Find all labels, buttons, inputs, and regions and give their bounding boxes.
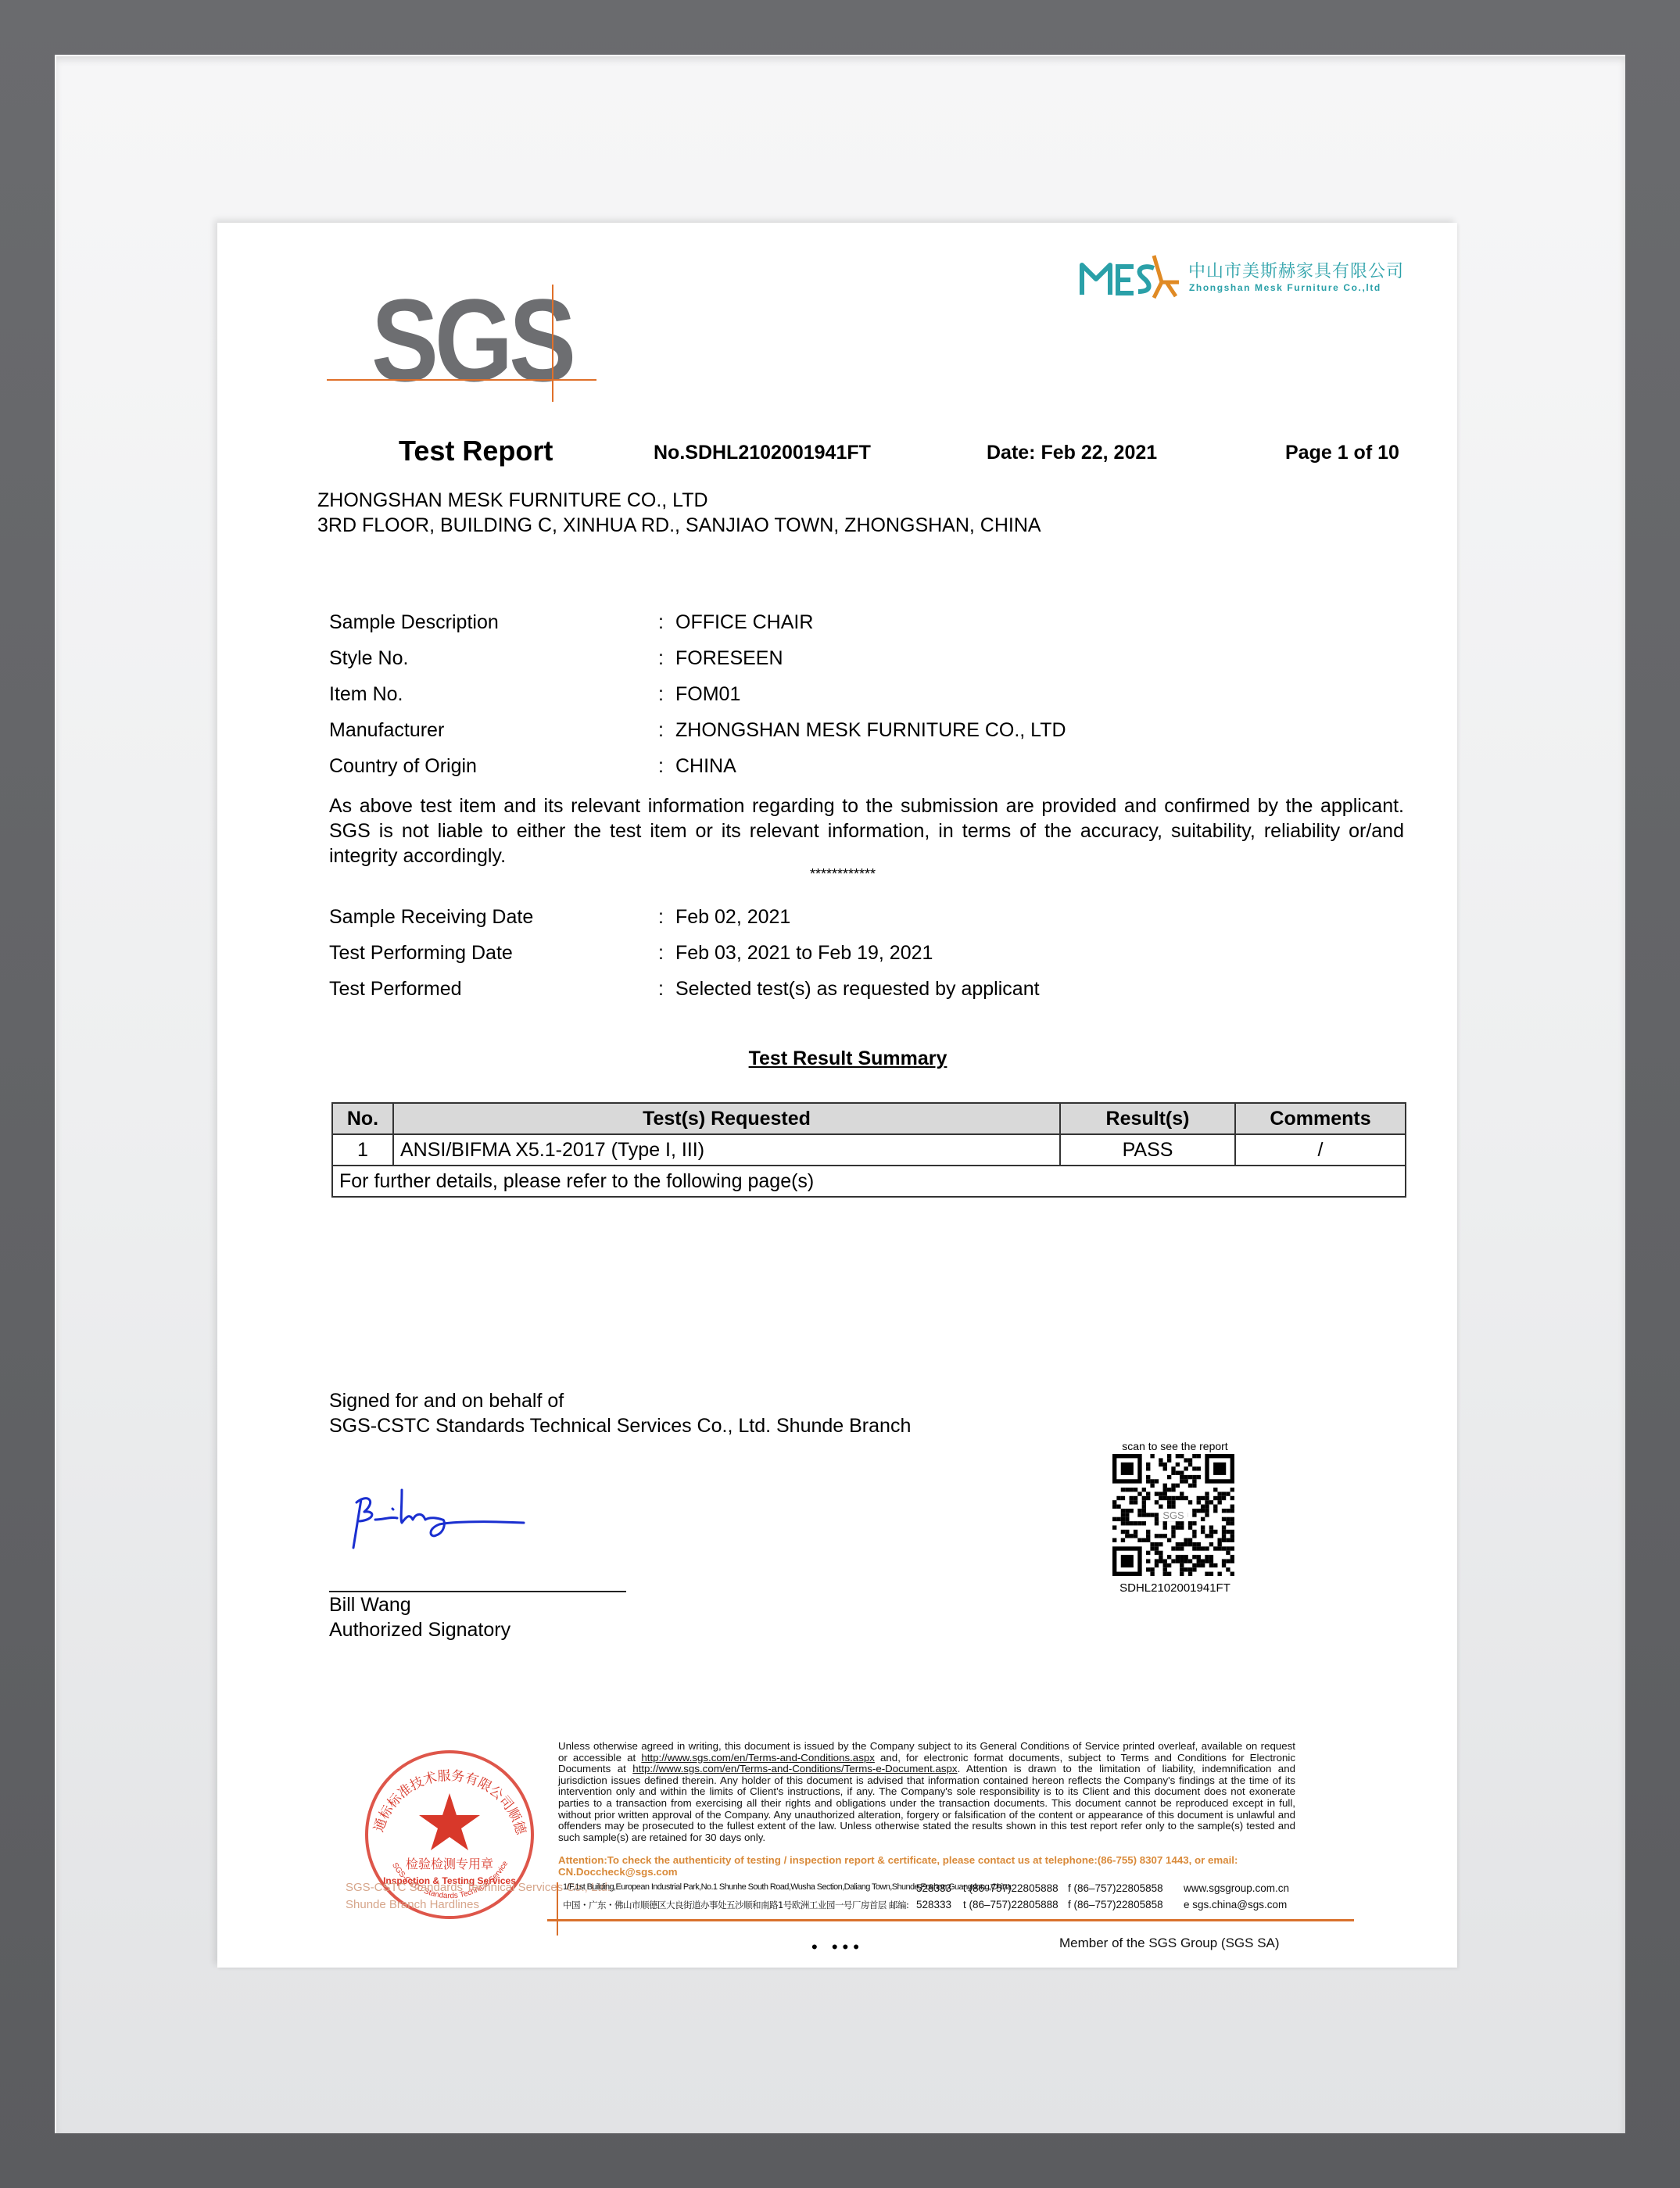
field-label: Test Performing Date bbox=[329, 942, 513, 965]
footer-fax: f (86–757)22805858 bbox=[1068, 1882, 1163, 1894]
signing-company: SGS-CSTC Standards Technical Services Co… bbox=[329, 1415, 911, 1438]
qr-code-icon[interactable]: SGS bbox=[1112, 1454, 1234, 1576]
footer-accent-vertical-line bbox=[557, 1882, 558, 1936]
svg-text:SGS: SGS bbox=[1162, 1509, 1184, 1521]
footer-accent-line bbox=[547, 1919, 1354, 1921]
field-value: Selected test(s) as requested by applica… bbox=[675, 978, 1040, 1001]
mesk-logo: 中山市美斯赫家具有限公司 Zhongshan Mesk Furniture Co… bbox=[1079, 254, 1407, 301]
report-date: Date: Feb 22, 2021 bbox=[987, 442, 1157, 464]
authenticity-notice: Attention:To check the authenticity of t… bbox=[558, 1855, 1295, 1878]
footer-address-cn: 中国・广东・佛山市顺德区大良街道办事处五沙顺和南路1号欧洲工业园一号厂房首层 邮… bbox=[563, 1899, 908, 1911]
field-label: Manufacturer bbox=[329, 719, 444, 742]
terms-link[interactable]: http://www.sgs.com/en/Terms-and-Conditio… bbox=[641, 1752, 875, 1764]
sgs-logo-horizontal-line bbox=[327, 379, 596, 381]
column-header-no: No. bbox=[332, 1103, 393, 1134]
signatory-name: Bill Wang bbox=[329, 1594, 411, 1617]
field-value: FOM01 bbox=[675, 683, 740, 706]
report-title: Test Report bbox=[399, 435, 553, 467]
field-colon: : bbox=[658, 755, 664, 778]
footer-row-cn: 中国・广东・佛山市顺德区大良街道办事处五沙顺和南路1号欧洲工业园一号厂房首层 邮… bbox=[563, 1899, 1302, 1915]
field-label: Test Performed bbox=[329, 978, 462, 1001]
separator-stars: ************ bbox=[810, 866, 876, 883]
field-colon: : bbox=[658, 647, 664, 670]
cell-comments: / bbox=[1235, 1134, 1406, 1166]
cell-result: PASS bbox=[1060, 1134, 1235, 1166]
sgs-logo-vertical-line bbox=[552, 285, 553, 402]
applicant-name: ZHONGSHAN MESK FURNITURE CO., LTD bbox=[317, 489, 708, 512]
column-header-test: Test(s) Requested bbox=[393, 1103, 1060, 1134]
sgs-logo-text: SGS bbox=[371, 281, 572, 399]
mesk-company-name-en: Zhongshan Mesk Furniture Co.,ltd bbox=[1189, 282, 1381, 293]
qr-caption: scan to see the report bbox=[1112, 1440, 1238, 1452]
cell-no: 1 bbox=[332, 1134, 393, 1166]
footer-email[interactable]: e sgs.china@sgs.com bbox=[1184, 1899, 1287, 1910]
sgs-member-note: Member of the SGS Group (SGS SA) bbox=[1059, 1936, 1280, 1951]
footer-contact-block: 1/F,1st Building,European Industrial Par… bbox=[563, 1882, 1302, 1915]
field-colon: : bbox=[658, 942, 664, 965]
footer-tel: t (86–757)22805888 bbox=[963, 1882, 1059, 1894]
footer-postcode: 528333 bbox=[916, 1899, 951, 1910]
page-indicator: Page 1 of 10 bbox=[1285, 442, 1399, 464]
signatory-role: Authorized Signatory bbox=[329, 1619, 510, 1642]
sgs-logo: SGS bbox=[367, 281, 598, 406]
footer-row-en: 1/F,1st Building,European Industrial Par… bbox=[563, 1882, 1302, 1899]
qr-report-id: SDHL2102001941FT bbox=[1112, 1581, 1238, 1595]
report-number: No.SDHL2102001941FT bbox=[654, 442, 871, 464]
field-value: CHINA bbox=[675, 755, 736, 778]
field-value: FORESEEN bbox=[675, 647, 783, 670]
signature-line bbox=[329, 1591, 626, 1592]
field-colon: : bbox=[658, 719, 664, 742]
cell-test: ANSI/BIFMA X5.1-2017 (Type I, III) bbox=[393, 1134, 1060, 1166]
field-colon: : bbox=[658, 683, 664, 706]
footer-website[interactable]: www.sgsgroup.com.cn bbox=[1184, 1882, 1289, 1894]
field-label: Item No. bbox=[329, 683, 403, 706]
column-header-result: Result(s) bbox=[1060, 1103, 1235, 1134]
page-dots: • ••• bbox=[811, 1937, 864, 1957]
result-summary-table: No. Test(s) Requested Result(s) Comments… bbox=[331, 1102, 1406, 1198]
field-value: Feb 03, 2021 to Feb 19, 2021 bbox=[675, 942, 933, 965]
report-page bbox=[217, 223, 1457, 1968]
field-label: Country of Origin bbox=[329, 755, 477, 778]
field-label: Style No. bbox=[329, 647, 408, 670]
table-footnote-row: For further details, please refer to the… bbox=[332, 1166, 1406, 1197]
field-value: OFFICE CHAIR bbox=[675, 611, 813, 634]
field-label: Sample Receiving Date bbox=[329, 906, 533, 929]
table-header-row: No. Test(s) Requested Result(s) Comments bbox=[332, 1103, 1406, 1134]
footer-fax: f (86–757)22805858 bbox=[1068, 1899, 1163, 1910]
disclaimer-statement: As above test item and its relevant info… bbox=[329, 793, 1404, 868]
signed-on-behalf: Signed for and on behalf of bbox=[329, 1390, 564, 1413]
e-document-terms-link[interactable]: http://www.sgs.com/en/Terms-and-Conditio… bbox=[632, 1763, 957, 1774]
field-value: Feb 02, 2021 bbox=[675, 906, 790, 929]
summary-title: Test Result Summary bbox=[0, 1047, 1680, 1070]
applicant-address: 3RD FLOOR, BUILDING C, XINHUA RD., SANJI… bbox=[317, 514, 1041, 537]
field-value: ZHONGSHAN MESK FURNITURE CO., LTD bbox=[675, 719, 1066, 742]
field-colon: : bbox=[658, 978, 664, 1001]
table-footnote: For further details, please refer to the… bbox=[332, 1166, 1406, 1197]
legal-disclaimer: Unless otherwise agreed in writing, this… bbox=[558, 1741, 1295, 1843]
field-colon: : bbox=[658, 611, 664, 634]
svg-text:检验检测专用章: 检验检测专用章 bbox=[406, 1857, 493, 1871]
footer-postcode: 528333 bbox=[916, 1882, 951, 1894]
handwritten-signature bbox=[336, 1485, 539, 1556]
column-header-comments: Comments bbox=[1235, 1103, 1406, 1134]
table-row: 1 ANSI/BIFMA X5.1-2017 (Type I, III) PAS… bbox=[332, 1134, 1406, 1166]
mesk-chair-icon bbox=[1079, 254, 1180, 303]
qr-block: scan to see the report SGS SDHL210200194… bbox=[1112, 1440, 1238, 1595]
mesk-company-name-cn: 中山市美斯赫家具有限公司 bbox=[1188, 258, 1404, 282]
field-colon: : bbox=[658, 906, 664, 929]
seal-caption-branch: Shunde Branch Hardlines bbox=[346, 1898, 479, 1911]
field-label: Sample Description bbox=[329, 611, 499, 634]
footer-tel: t (86–757)22805888 bbox=[963, 1899, 1059, 1910]
